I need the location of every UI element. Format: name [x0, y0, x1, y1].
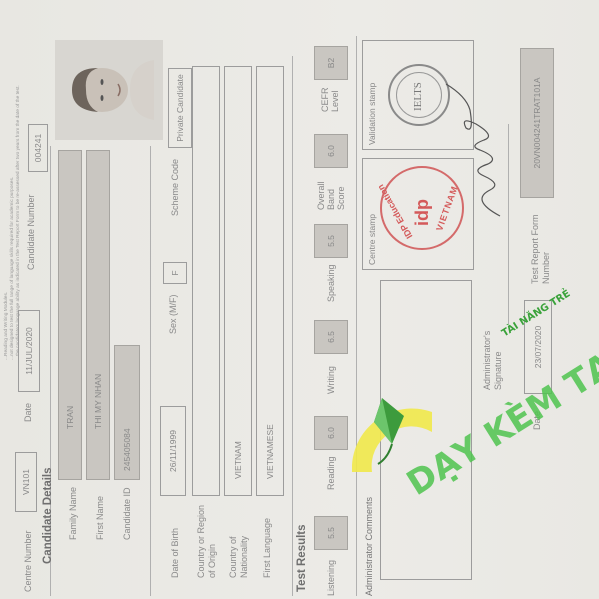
dob-label: Date of Birth — [170, 528, 180, 578]
candidate-number-field: 004241 — [28, 124, 48, 172]
divider — [356, 36, 357, 596]
validation-stamp-label: Validation stamp — [367, 83, 377, 145]
nationality-label-line: Country of — [228, 536, 239, 578]
country-origin-label-line: of Origin — [207, 505, 218, 578]
test-date-field: 11/JUL/2020 — [18, 310, 40, 392]
family-name-value: TRAN — [65, 406, 75, 429]
reading-label: Reading — [326, 456, 336, 490]
cefr-level: B2 — [314, 46, 348, 80]
admin-comments-label: Administrator Comments — [364, 497, 374, 596]
first-language-field: VIETNAMESE — [256, 66, 284, 496]
trf-number-field: 20VN004241TRAT101A — [520, 48, 554, 198]
country-origin-field — [192, 66, 220, 496]
sex-label: Sex (M/F) — [168, 295, 178, 335]
writing-score: 6.5 — [314, 320, 348, 354]
speaking-score: 5.5 — [314, 224, 348, 258]
writing-label: Writing — [326, 366, 336, 394]
first-name-value: THI MY NHAN — [93, 374, 103, 429]
divider — [150, 146, 151, 596]
overall-band-score: 6.0 — [314, 134, 348, 168]
ielts-stamp-text: IELTS — [412, 82, 424, 111]
trf-number-label-line: Test Report Form — [530, 214, 541, 284]
divider — [292, 56, 293, 596]
test-report-form: ...Reading and Writing Modules. ...not d… — [0, 0, 599, 599]
nationality-value: VIETNAM — [233, 441, 243, 479]
admin-signature-label-line: Administrator's — [482, 331, 493, 390]
idp-logo: idp — [412, 199, 433, 226]
signature-icon — [440, 80, 510, 220]
candidate-details-heading: Candidate Details — [42, 468, 54, 565]
first-name-field: THI MY NHAN — [86, 150, 110, 480]
candidate-number-label: Candidate Number — [26, 194, 36, 270]
date-label: Date — [23, 403, 33, 422]
nationality-label: Country of Nationality — [228, 536, 250, 578]
family-name-label: Family Name — [68, 487, 78, 540]
first-language-label: First Language — [262, 518, 272, 578]
scheme-code-label: Scheme Code — [170, 159, 180, 216]
trf-number-label: Test Report Form Number — [530, 214, 552, 284]
admin-signature-label-line: Signature — [493, 331, 504, 390]
sex-field: F — [163, 262, 187, 284]
first-name-label: First Name — [95, 496, 105, 540]
candidate-id-label: Candidate ID — [122, 487, 132, 540]
overall-label-line: Score — [336, 181, 346, 210]
candidate-photo — [55, 40, 163, 140]
cefr-label-line: Level — [330, 88, 340, 113]
test-results-heading: Test Results — [296, 524, 308, 592]
nationality-field: VIETNAM — [224, 66, 252, 496]
overall-band-label: Overall Band Score — [316, 181, 346, 210]
overall-label-line: Band — [326, 181, 336, 210]
candidate-id-field: 245405084 — [114, 345, 140, 480]
family-name-field: TRAN — [58, 150, 82, 480]
scheme-code-field: Private Candidate — [168, 68, 192, 148]
admin-signature-label: Administrator's Signature — [482, 331, 504, 390]
first-language-value: VIETNAMESE — [265, 424, 275, 479]
centre-number-label: Centre Number — [23, 530, 33, 592]
listening-label: Listening — [326, 560, 336, 596]
candidate-id-value: 245405084 — [122, 428, 132, 471]
speaking-label: Speaking — [326, 264, 336, 302]
dob-field: 26/11/1999 — [160, 406, 186, 496]
listening-score: 5.5 — [314, 516, 348, 550]
country-origin-label: Country or Region of Origin — [196, 505, 218, 578]
country-origin-label-line: Country or Region — [196, 505, 207, 578]
overall-label-line: Overall — [316, 181, 326, 210]
nationality-label-line: Nationality — [239, 536, 250, 578]
disclaimer: ...Reading and Writing Modules. ...not d… — [4, 20, 22, 360]
centre-number-field: VN101 — [15, 452, 37, 512]
centre-stamp-label: Centre stamp — [367, 214, 377, 265]
reading-score: 6.0 — [314, 416, 348, 450]
cefr-label: CEFR Level — [320, 88, 340, 113]
disclaimer-line: ...the candidate's language ability as i… — [16, 20, 22, 360]
trf-number-label-line: Number — [541, 214, 552, 284]
portrait-icon — [64, 50, 154, 130]
cefr-label-line: CEFR — [320, 88, 330, 113]
